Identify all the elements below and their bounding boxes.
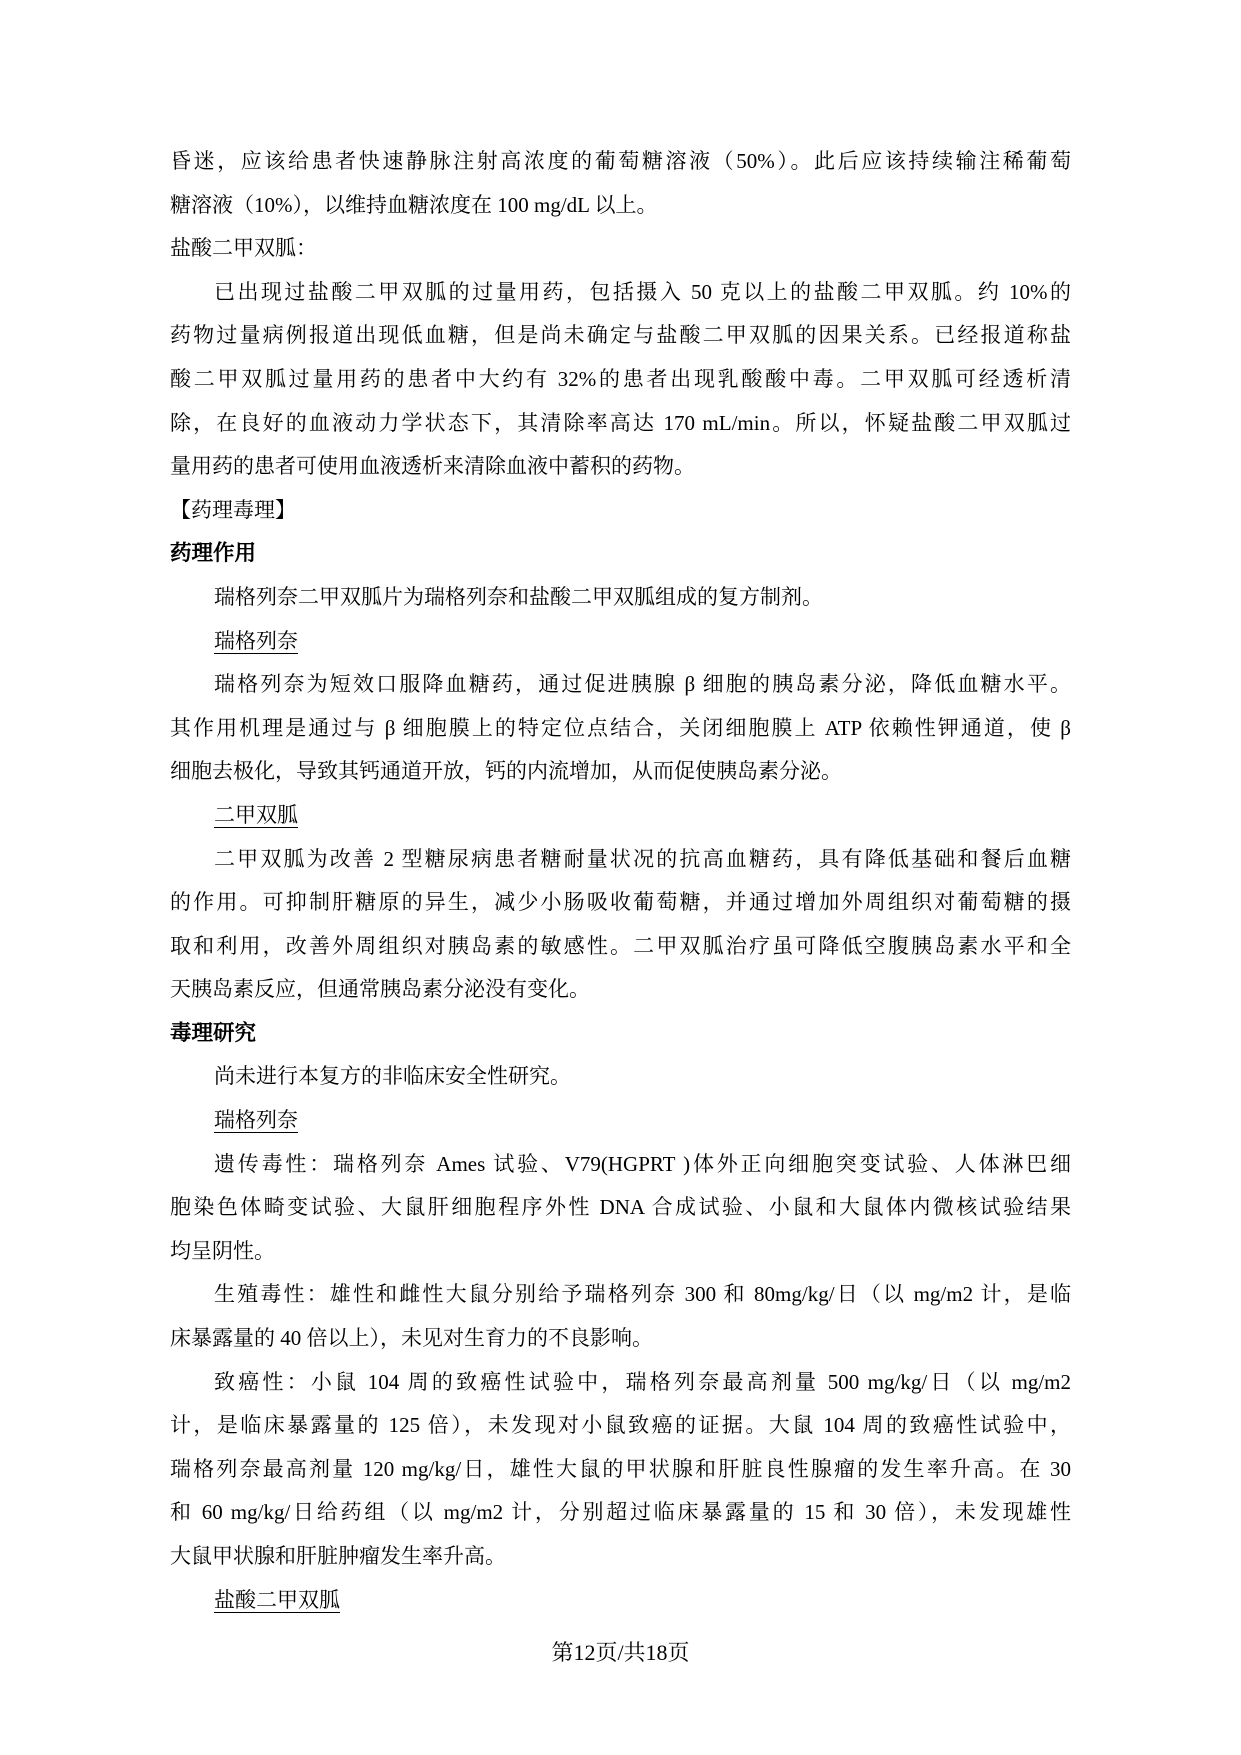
text-line: 瑞格列奈二甲双胍片为瑞格列奈和盐酸二甲双胍组成的复方制剂。: [170, 576, 1071, 620]
heading-pharmacology-toxicology: 【药理毒理】: [170, 489, 1071, 533]
text-line: 胞染色体畸变试验、大鼠肝细胞程序外性 DNA 合成试验、小鼠和大鼠体内微核试验结…: [170, 1186, 1071, 1230]
subheading-metformin: 二甲双胍: [170, 794, 1071, 838]
text-line: 均呈阴性。: [170, 1230, 1071, 1274]
document-page: 昏迷，应该给患者快速静脉注射高浓度的葡萄糖溶液（50%）。此后应该持续输注稀葡萄…: [0, 0, 1241, 1755]
section-label-metformin-hcl: 盐酸二甲双胍：: [170, 227, 1071, 271]
text-line: 糖溶液（10%），以维持血糖浓度在 100 mg/dL 以上。: [170, 184, 1071, 228]
text-line: 已出现过盐酸二甲双胍的过量用药，包括摄入 50 克以上的盐酸二甲双胍。约 10%…: [170, 271, 1071, 315]
text-line: 量用药的患者可使用血液透析来清除血液中蓄积的药物。: [170, 445, 1071, 489]
text-line: 计，是临床暴露量的 125 倍），未发现对小鼠致癌的证据。大鼠 104 周的致癌…: [170, 1404, 1071, 1448]
text-line: 的作用。可抑制肝糖原的异生，减少小肠吸收葡萄糖，并通过增加外周组织对葡萄糖的摄: [170, 881, 1071, 925]
text-line: 昏迷，应该给患者快速静脉注射高浓度的葡萄糖溶液（50%）。此后应该持续输注稀葡萄: [170, 140, 1071, 184]
text-line: 生殖毒性：雄性和雌性大鼠分别给予瑞格列奈 300 和 80mg/kg/日（以 m…: [170, 1273, 1071, 1317]
text-line: 尚未进行本复方的非临床安全性研究。: [170, 1055, 1071, 1099]
text-line: 瑞格列奈最高剂量 120 mg/kg/日，雄性大鼠的甲状腺和肝脏良性腺瘤的发生率…: [170, 1448, 1071, 1492]
subheading-repaglinide-toxicology-label: 瑞格列奈: [214, 1108, 298, 1132]
subheading-metformin-hcl-toxicology-label: 盐酸二甲双胍: [214, 1588, 340, 1612]
text-line: 致癌性：小鼠 104 周的致癌性试验中，瑞格列奈最高剂量 500 mg/kg/日…: [170, 1361, 1071, 1405]
subheading-metformin-hcl-toxicology: 盐酸二甲双胍: [170, 1579, 1071, 1623]
text-line: 细胞去极化，导致其钙通道开放，钙的内流增加，从而促使胰岛素分泌。: [170, 750, 1071, 794]
subheading-repaglinide-label: 瑞格列奈: [214, 629, 298, 653]
heading-toxicology-research: 毒理研究: [170, 1012, 1071, 1056]
heading-pharmacologic-action: 药理作用: [170, 532, 1071, 576]
text-line: 取和利用，改善外周组织对胰岛素的敏感性。二甲双胍治疗虽可降低空腹胰岛素水平和全: [170, 925, 1071, 969]
text-line: 床暴露量的 40 倍以上），未见对生育力的不良影响。: [170, 1317, 1071, 1361]
text-line: 大鼠甲状腺和肝脏肿瘤发生率升高。: [170, 1535, 1071, 1579]
text-line: 遗传毒性：瑞格列奈 Ames 试验、V79(HGPRT )体外正向细胞突变试验、…: [170, 1143, 1071, 1187]
text-line: 其作用机理是通过与 β 细胞膜上的特定位点结合，关闭细胞膜上 ATP 依赖性钾通…: [170, 707, 1071, 751]
text-line: 和 60 mg/kg/日给药组（以 mg/m2 计，分别超过临床暴露量的 15 …: [170, 1491, 1071, 1535]
text-line: 天胰岛素反应，但通常胰岛素分泌没有变化。: [170, 968, 1071, 1012]
page-footer: 第12页/共18页: [0, 1638, 1241, 1668]
text-line: 瑞格列奈为短效口服降血糖药，通过促进胰腺 β 细胞的胰岛素分泌，降低血糖水平。: [170, 663, 1071, 707]
text-line: 药物过量病例报道出现低血糖，但是尚未确定与盐酸二甲双胍的因果关系。已经报道称盐: [170, 314, 1071, 358]
text-line: 除，在良好的血液动力学状态下，其清除率高达 170 mL/min。所以，怀疑盐酸…: [170, 402, 1071, 446]
text-line: 酸二甲双胍过量用药的患者中大约有 32%的患者出现乳酸酸中毒。二甲双胍可经透析清: [170, 358, 1071, 402]
document-body: 昏迷，应该给患者快速静脉注射高浓度的葡萄糖溶液（50%）。此后应该持续输注稀葡萄…: [170, 140, 1071, 1622]
subheading-repaglinide-toxicology: 瑞格列奈: [170, 1099, 1071, 1143]
subheading-repaglinide: 瑞格列奈: [170, 620, 1071, 664]
text-line: 二甲双胍为改善 2 型糖尿病患者糖耐量状况的抗高血糖药，具有降低基础和餐后血糖: [170, 838, 1071, 882]
subheading-metformin-label: 二甲双胍: [214, 803, 298, 827]
